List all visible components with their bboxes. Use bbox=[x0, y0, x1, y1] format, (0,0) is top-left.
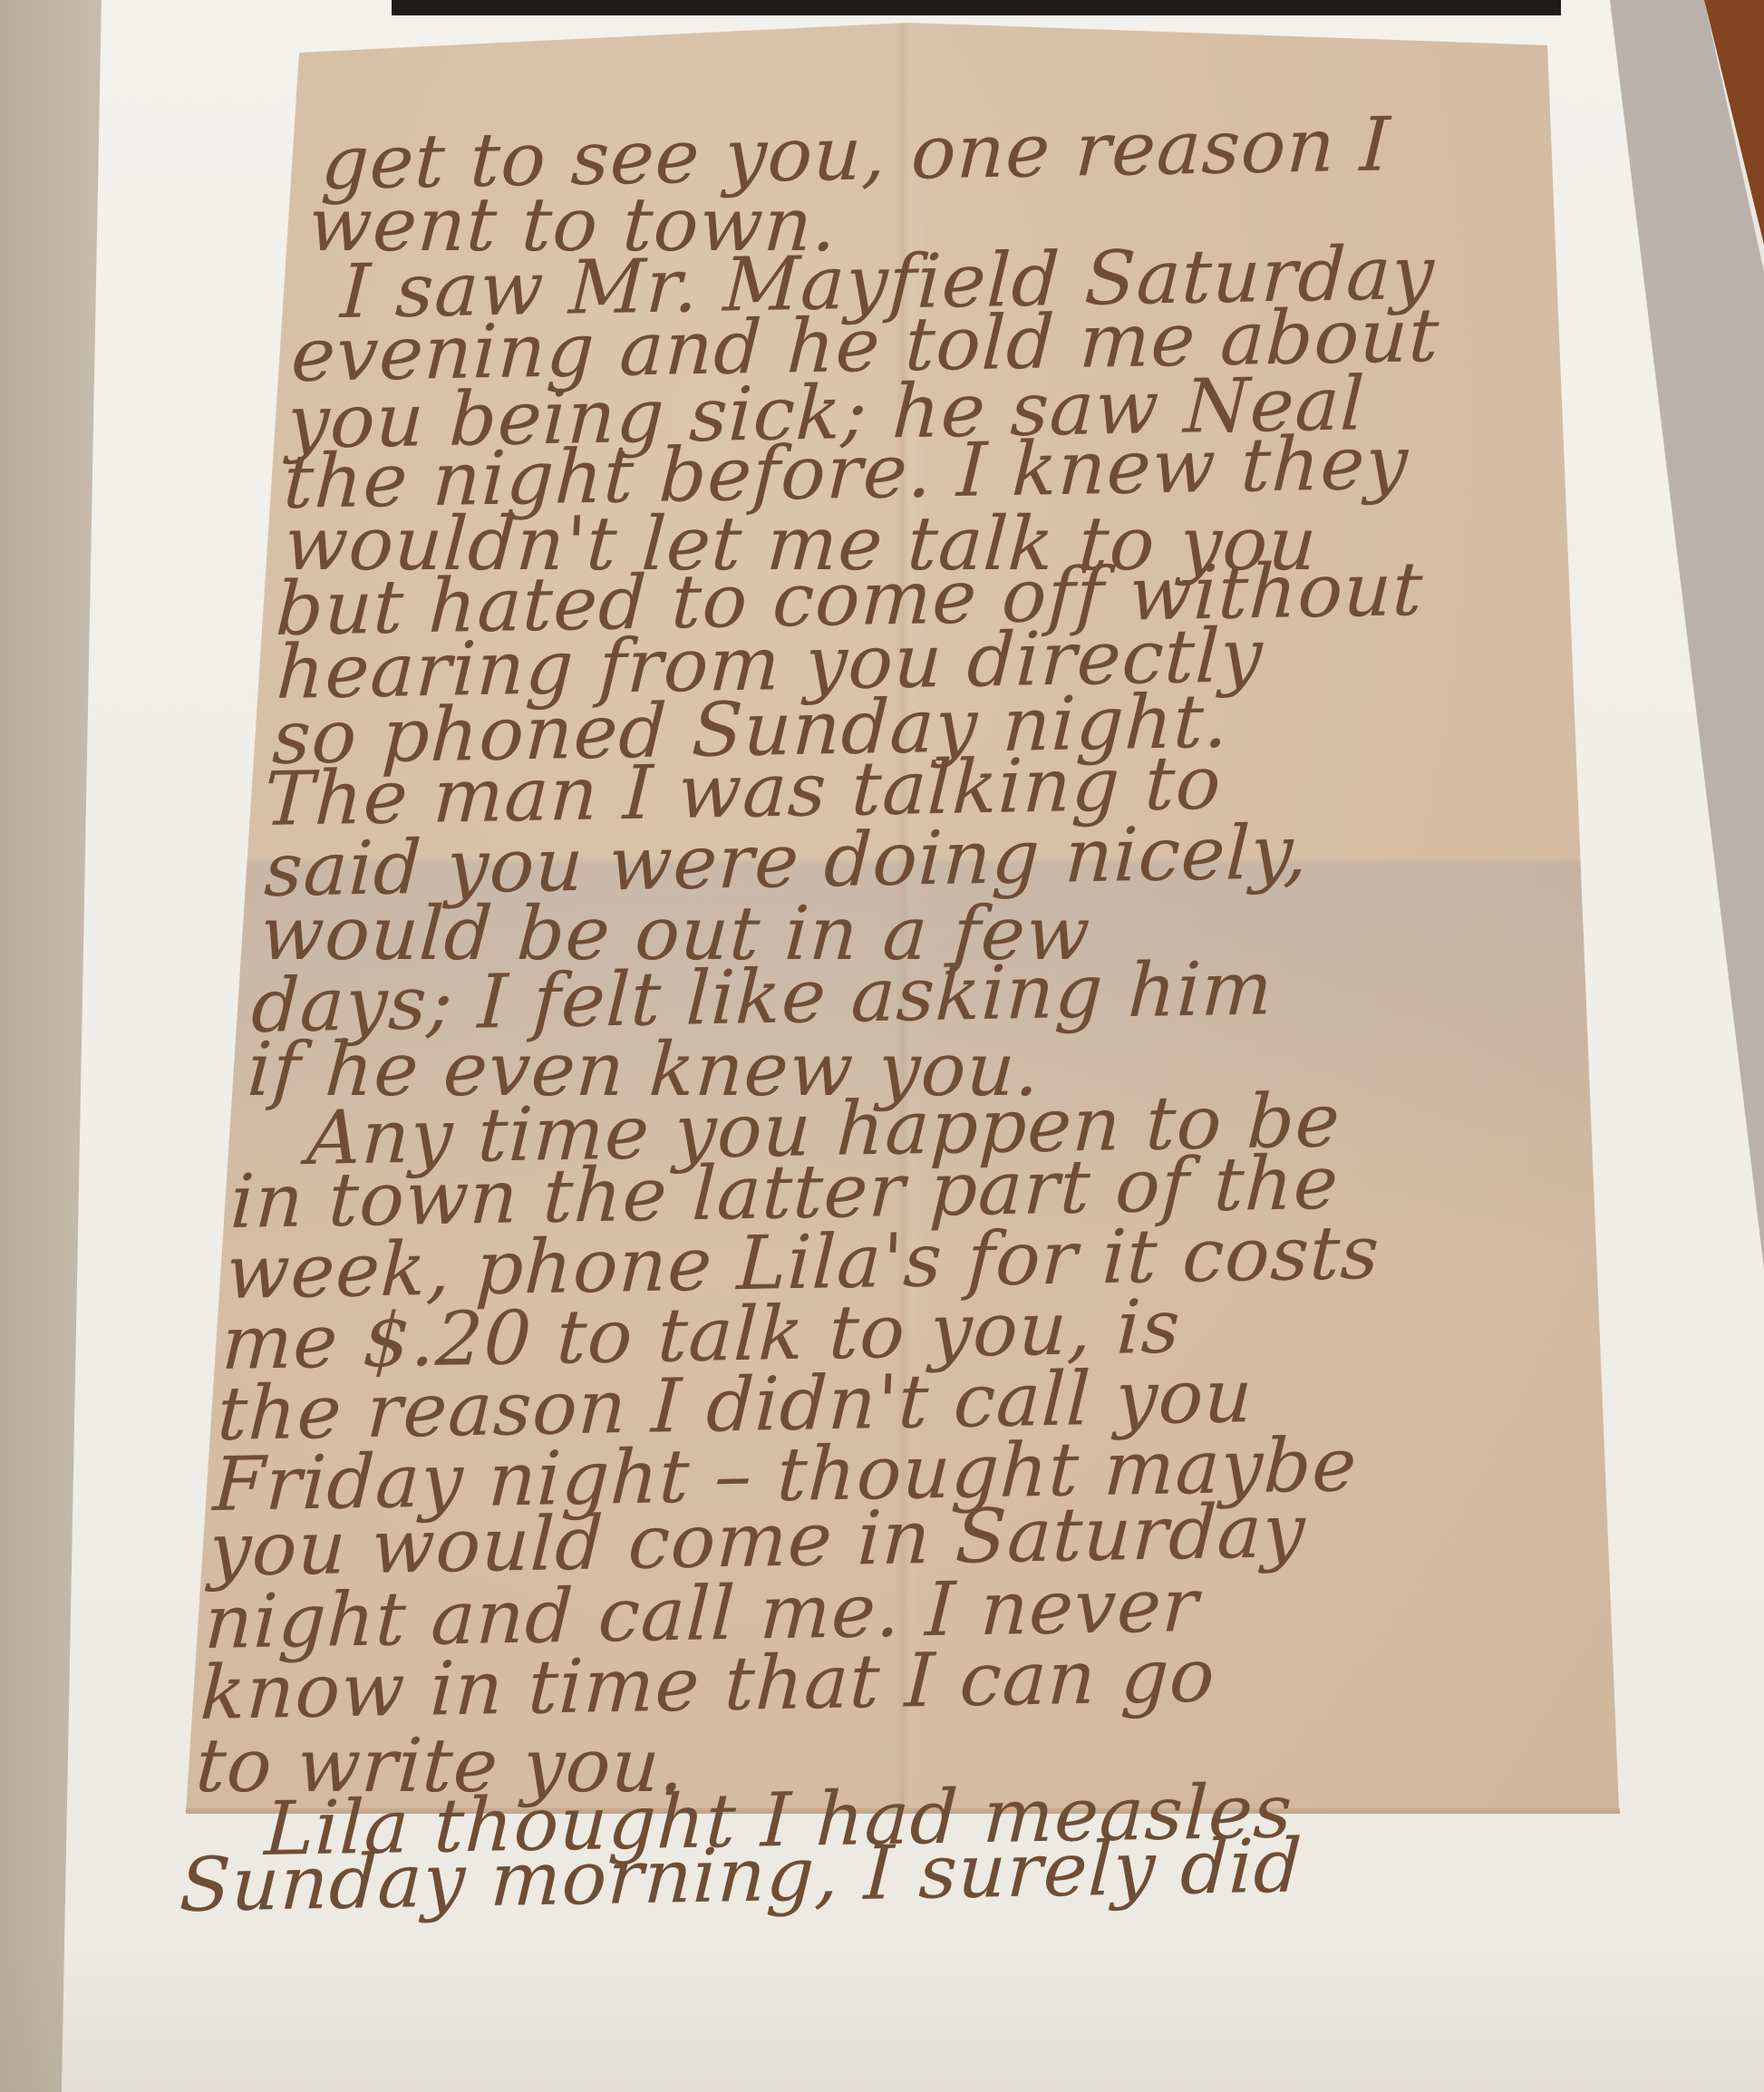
letter-line: Sunday morning, I surely did bbox=[178, 1829, 1304, 1923]
letter-line: know in time that I can go bbox=[199, 1639, 1216, 1731]
bottom-shadow bbox=[0, 1949, 1764, 2092]
black-top-bar bbox=[392, 0, 1561, 15]
photo-scene: get to see you, one reason I went to tow… bbox=[0, 0, 1764, 2092]
